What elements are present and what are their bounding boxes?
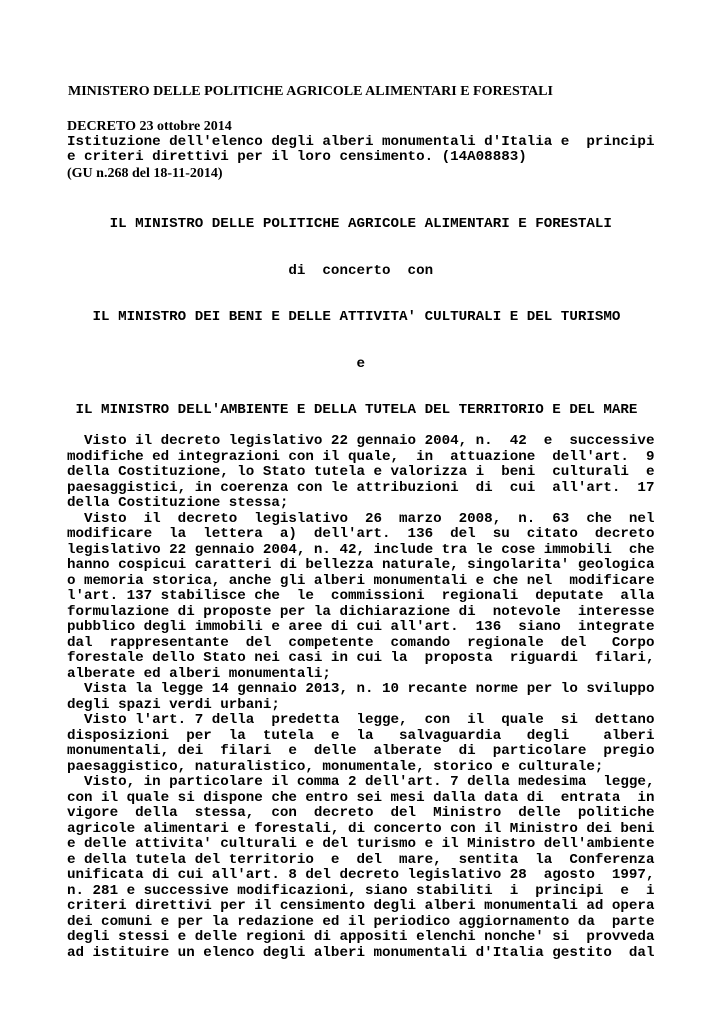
gazette-reference: (GU n.268 del 18-11-2014) [67,166,654,182]
document-page: MINISTERO DELLE POLITICHE AGRICOLE ALIME… [0,0,725,1024]
decree-body-text: IL MINISTRO DELLE POLITICHE AGRICOLE ALI… [67,217,654,961]
decree-subject-line-1: Istituzione dell'elenco degli alberi mon… [67,135,654,151]
ministry-title: MINISTERO DELLE POLITICHE AGRICOLE ALIME… [68,84,553,99]
decree-date-heading: DECRETO 23 ottobre 2014 [67,119,654,135]
decree-meta-block: DECRETO 23 ottobre 2014 Istituzione dell… [67,119,654,181]
decree-subject-line-2: e criteri direttivi per il loro censimen… [67,150,654,166]
